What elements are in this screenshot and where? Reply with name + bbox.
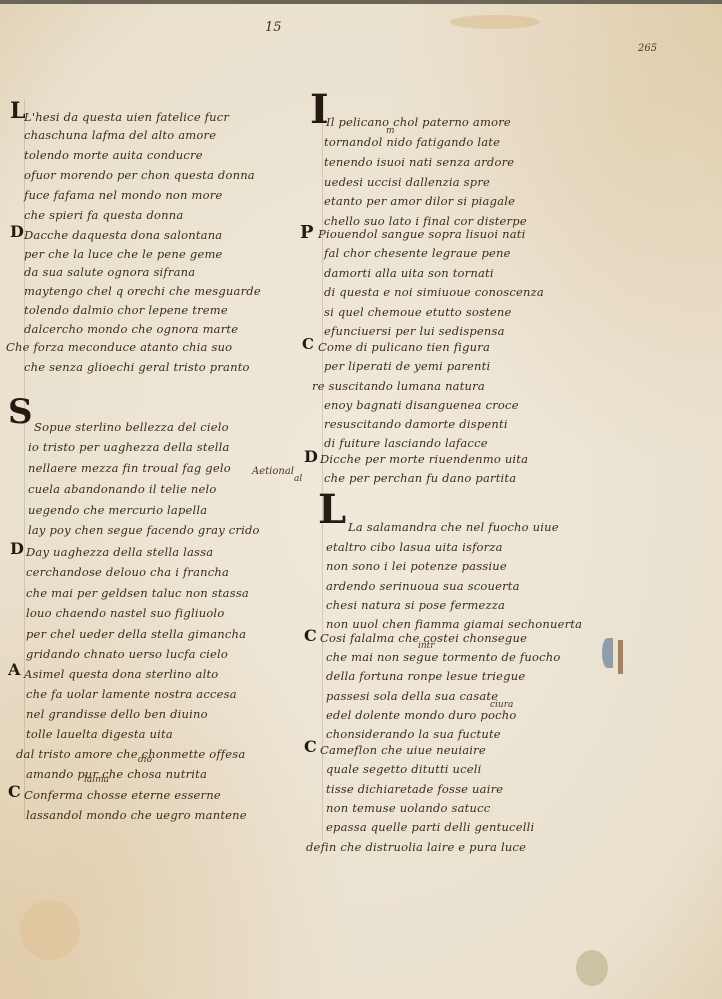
verse-line: da sua salute ognora sifrana [24,265,195,279]
verse-line: di fuiture lasciando lafacce [324,436,488,450]
verse-line: non temuse uolando satucc [326,801,490,815]
verse-line: etanto per amor dilor si piagale [324,194,515,208]
verse-line: Che forza meconduce atanto chia suo [6,340,232,354]
margin-note: lalma [84,775,109,785]
foxing-stain [20,900,80,960]
verse-line: chello suo lato i final cor disterpe [324,214,527,228]
verse-line: maytengo chel q orechi che mesguarde [24,284,261,298]
verse-line: fuce fafama nel mondo non more [24,188,222,202]
verse-line: ardendo serinuoua sua scouerta [326,579,520,593]
verse-line: tornandol nido fatigando late [324,135,500,149]
verse-line: Day uaghezza della stella lassa [26,545,213,559]
verse-line: amando pur che chosa nutrita [26,767,207,781]
margin-note: dio [138,755,152,765]
verse-line: che fa uolar lamente nostra accesa [26,687,237,701]
verse-line: gridando chnato uerso lucfa cielo [26,647,228,661]
verse-line: per chel ueder della stella gimancha [26,627,246,641]
verse-line: della fortuna ronpe lesue triegue [326,669,525,683]
verse-line: passesi sola della sua casate [326,689,498,703]
verse-line: uedesi uccisi dallenzia spre [324,175,490,189]
verse-line: cerchandose delouo cha i francha [26,565,229,579]
verse-line: non uuol chen fiamma giamai sechonuerta [326,617,582,631]
verse-line: efunciuersi per lui sedispensa [324,324,505,338]
scan-top-edge [0,0,722,4]
initial-letter: D [10,222,24,241]
verse-line: chaschuna lafma del alto amore [24,128,216,142]
verse-line: tisse dichiaretade fosse uaire [326,782,503,796]
verse-line: io tristo per uaghezza della stella [28,440,230,454]
initial-letter: A [8,660,20,679]
verse-line: che spieri fa questa donna [24,208,183,222]
verse-line: per che la luce che le pene geme [24,247,223,261]
initial-letter: C [8,782,21,801]
verse-line: Cameflon che uiue neuiaire [320,743,486,757]
verse-line: Come di pulicano tien figura [318,340,490,354]
verse-line: che per perchan fu dano partita [324,471,516,485]
verse-line: Il pelicano chol paterno amore [326,115,511,129]
initial-letter: D [10,539,24,558]
verse-line: che mai per geldsen taluc non stassa [26,586,249,600]
verse-line: che mai non segue tormento de fuocho [326,650,560,664]
margin-note: Aetional [252,466,294,477]
verse-line: non sono i lei potenze passiue [326,559,507,573]
verse-line: che senza glioechi geral tristo pranto [24,360,250,374]
verse-line: enoy bagnati disanguenea croce [324,398,519,412]
margin-ink-blot [602,638,613,668]
verse-line: resuscitando damorte dispenti [324,417,508,431]
verse-line: cuela abandonando il telie nelo [28,482,217,496]
verse-line: tolendo dalmio chor lepene treme [24,303,228,317]
verse-line: Conferma chosse eterne esserne [24,788,221,802]
verse-line: quale segetto ditutti uceli [326,762,482,776]
foxing-stain [576,950,608,986]
initial-letter: D [304,447,318,466]
verse-line: nellaere mezza fin troual fag gelo [28,461,231,475]
initial-letter: C [304,626,317,645]
verse-line: dal tristo amore che chonmette offesa [16,747,245,761]
verse-line: tolle lauelta digesta uita [26,727,173,741]
initial-letter: S [8,392,33,432]
verse-line: L'hesi da questa uien fatelice fucr [24,110,229,124]
verse-line: ofuor morendo per chon questa donna [24,168,255,182]
verse-line: lassandol mondo che uegro mantene [26,808,247,822]
verse-line: epassa quelle parti delli gentucelli [326,820,534,834]
verse-line: defin che distruolia laire e pura luce [306,840,526,854]
margin-note: al [294,474,302,484]
initial-letter: P [300,222,314,243]
verse-line: etaltro cibo lasua uita isforza [326,540,503,554]
verse-line: nel grandisse dello ben diuino [26,707,208,721]
verse-line: lay poy chen segue facendo gray crido [28,523,260,537]
initial-letter: C [304,737,317,756]
verse-line: uegendo che mercurio lapella [28,503,207,517]
margin-ink-stroke [618,640,623,674]
verse-line: si quel chemoue etutto sostene [324,305,512,319]
verse-line: damorti alla uita son tornati [324,266,494,280]
ruling-line [322,100,323,840]
initial-letter: L [318,486,346,533]
verse-line: dalcercho mondo che ognora marte [24,322,238,336]
verse-line: edel dolente mondo duro pocho [326,708,516,722]
verse-line: tenendo isuoi nati senza ardore [324,155,514,169]
verse-line: chesi natura si pose fermezza [326,598,505,612]
folio-number-corner: 265 [638,43,657,54]
verse-line: La salamandra che nel fuocho uiue [348,520,559,534]
verse-line: chonsiderando la sua fuctute [326,727,501,741]
manuscript-page: 15 265 L L'hesi da questa uien fatelice … [0,0,722,999]
initial-letter: C [302,335,314,353]
verse-line: Dicche per morte riuendenmo uita [320,452,528,466]
verse-line: Sopue sterlino bellezza del cielo [34,420,229,434]
verse-line: Piouendol sangue sopra lisuoi nati [318,227,525,241]
verse-line: fal chor chesente legraue pene [324,246,511,260]
verse-line: Dacche daquesta dona salontana [24,228,222,242]
folio-number-top: 15 [265,20,282,35]
verse-line: per liperati de yemi parenti [324,359,490,373]
foxing-stain [450,15,540,29]
verse-line: di questa e noi simiuoue conoscenza [324,285,544,299]
verse-line: re suscitando lumana natura [312,379,485,393]
verse-line: louo chaendo nastel suo figliuolo [26,606,224,620]
verse-line: tolendo morte auita conducre [24,148,203,162]
verse-line: Asimel questa dona sterlino alto [24,667,218,681]
